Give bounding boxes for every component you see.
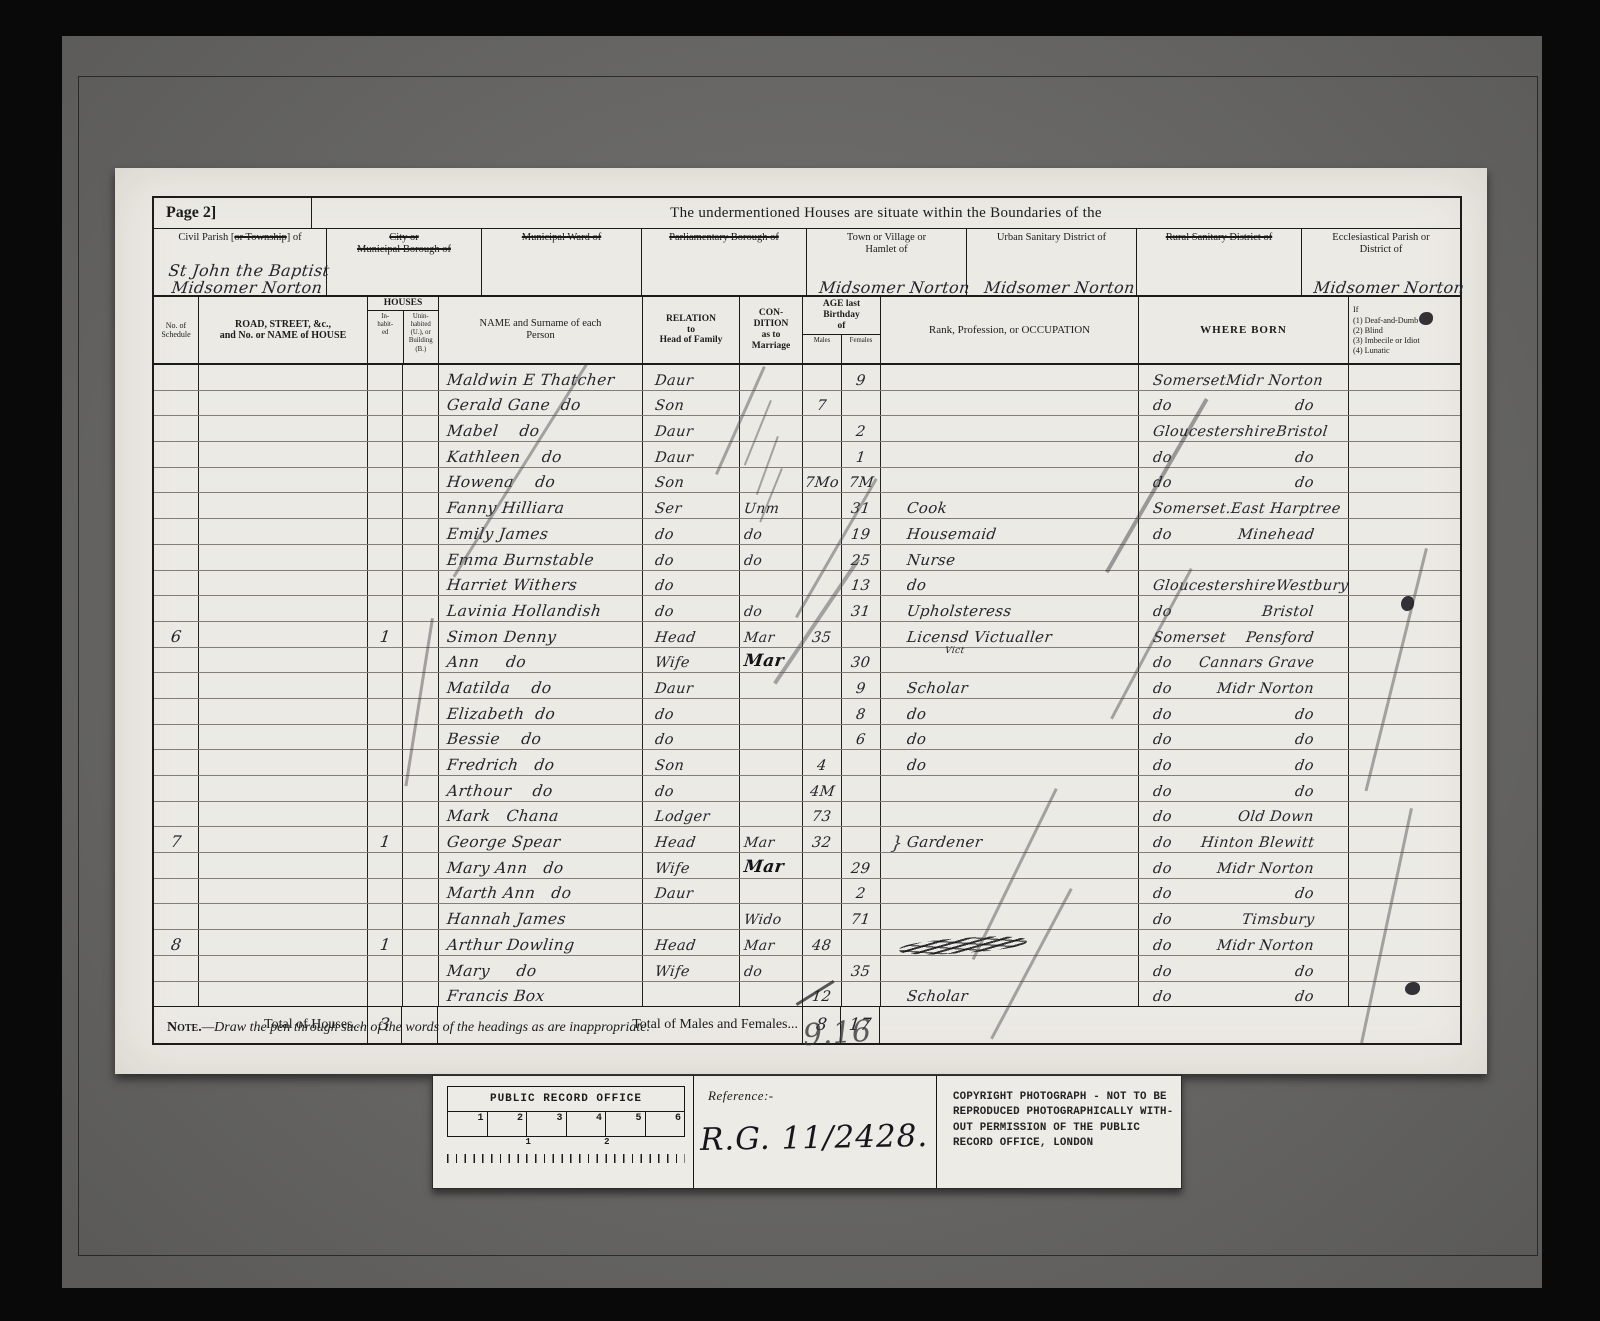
col-header-condition: CON- DITION as to Marriage (739, 297, 802, 363)
cell-schedule-number (154, 519, 198, 544)
cell-schedule-number (154, 725, 198, 750)
cell-age-male (802, 596, 841, 621)
district-header-cell: Ecclesiastical Parish or District ofMids… (1302, 229, 1460, 295)
cell-road-street (198, 648, 367, 673)
cell-disability (1348, 853, 1460, 878)
copyright-notice: COPYRIGHT PHOTOGRAPH - NOT TO BEREPRODUC… (937, 1076, 1181, 1188)
cell-age-female: 7M (841, 468, 880, 493)
district-handwritten-value: St John the Baptist Midsomer Norton (154, 263, 342, 297)
cell-age-female: 25 (841, 545, 880, 570)
cell-road-street (198, 365, 367, 390)
cell-houses-uninhabited (402, 391, 438, 416)
cell-road-street (198, 596, 367, 621)
cell-schedule-number (154, 468, 198, 493)
cell-occupation (880, 391, 1138, 416)
ruler-inch-cell: 4 (567, 1112, 607, 1136)
cell-disability (1348, 982, 1460, 1007)
census-row: Mark ChanaLodger73doOld Down (154, 802, 1460, 828)
cell-schedule-number (154, 853, 198, 878)
cell-houses-uninhabited (402, 468, 438, 493)
cell-houses-uninhabited (402, 956, 438, 981)
cell-age-male: 35 (802, 622, 841, 647)
cell-age-female (841, 827, 880, 852)
cell-disability (1348, 699, 1460, 724)
cell-disability (1348, 904, 1460, 929)
cell-houses-inhabited (367, 468, 402, 493)
cell-houses-inhabited (367, 699, 402, 724)
cell-age-female (841, 776, 880, 801)
reference-label: Reference:- (708, 1088, 774, 1104)
cell-condition (739, 365, 802, 390)
census-row: Francis Box12Scholardodo (154, 982, 1460, 1007)
ruler-cm-label: 2 (604, 1137, 609, 1147)
cell-age-female: 19 (841, 519, 880, 544)
cell-occupation: Licensd VictuallerVict (880, 622, 1138, 647)
cell-relation (642, 982, 739, 1007)
cell-relation: Head (642, 930, 739, 955)
cell-age-female (841, 930, 880, 955)
cell-road-street (198, 904, 367, 929)
cell-age-male (802, 493, 841, 518)
ruler-cm-ticks: 1 2 (447, 1137, 685, 1163)
cell-road-street (198, 956, 367, 981)
cell-where-born: dodo (1138, 956, 1348, 981)
cell-disability (1348, 468, 1460, 493)
cell-age-male: 4M (802, 776, 841, 801)
cell-condition: Wido (739, 904, 802, 929)
col-header-females: Females (841, 335, 880, 363)
census-row: Emma Burnstabledodo25Nurse (154, 545, 1460, 571)
district-handwritten-value: Midsomer Norton (968, 280, 1151, 297)
cell-schedule-number (154, 416, 198, 441)
page-number-label: Page 2] (154, 198, 312, 228)
cell-occupation (880, 930, 1138, 955)
cell-disability (1348, 802, 1460, 827)
cell-age-female (841, 982, 880, 1007)
cell-age-female: 9 (841, 365, 880, 390)
cell-person-name: Arthur Dowling (438, 930, 642, 955)
cell-disability (1348, 673, 1460, 698)
cell-condition (739, 879, 802, 904)
col-header-inhabited: In- habit- ed (368, 311, 403, 363)
col-header-houses: HOUSES In- habit- ed Unin- habited (U.),… (367, 297, 438, 363)
district-label: Rural Sanitary District of (1137, 232, 1301, 244)
cell-houses-inhabited (367, 956, 402, 981)
census-row: Lavinia Hollandishdodo31UpholsteressdoBr… (154, 596, 1460, 622)
census-row: Kathleen doDaur1dodo (154, 442, 1460, 468)
cell-age-male (802, 853, 841, 878)
cell-age-male: 48 (802, 930, 841, 955)
cell-where-born: dodo (1138, 750, 1348, 775)
cell-houses-uninhabited (402, 545, 438, 570)
pro-office-title: PUBLIC RECORD OFFICE (447, 1086, 685, 1112)
cell-person-name: Francis Box (438, 982, 642, 1007)
cell-relation: Son (642, 750, 739, 775)
cell-condition (739, 750, 802, 775)
cell-occupation (880, 879, 1138, 904)
cell-age-female (841, 391, 880, 416)
cell-age-female: 13 (841, 571, 880, 596)
ink-blot (1405, 982, 1420, 995)
cell-age-male (802, 879, 841, 904)
col-header-name: NAME and Surname of each Person (438, 297, 642, 363)
district-label: Ecclesiastical Parish or District of (1302, 232, 1460, 256)
cell-where-born: GloucestershireWestbury (1138, 571, 1348, 596)
cell-where-born: doOld Down (1138, 802, 1348, 827)
cell-where-born: dodo (1138, 442, 1348, 467)
cell-houses-uninhabited (402, 982, 438, 1007)
cell-age-male: 7Mo (802, 468, 841, 493)
cell-houses-uninhabited (402, 699, 438, 724)
cell-houses-uninhabited (402, 853, 438, 878)
cell-disability (1348, 776, 1460, 801)
cell-houses-uninhabited (402, 648, 438, 673)
cell-occupation (880, 416, 1138, 441)
cell-houses-inhabited (367, 750, 402, 775)
cell-relation: Son (642, 468, 739, 493)
cell-person-name: Mark Chana (438, 802, 642, 827)
cell-age-female: 8 (841, 699, 880, 724)
cell-schedule-number (154, 699, 198, 724)
cell-occupation: do (880, 571, 1138, 596)
cell-houses-inhabited: 1 (367, 930, 402, 955)
district-label: Municipal Ward of (482, 232, 641, 244)
cell-road-street (198, 673, 367, 698)
cell-age-female: 6 (841, 725, 880, 750)
cell-person-name: Matilda do (438, 673, 642, 698)
census-row: Mary doWifedo35dodo (154, 956, 1460, 982)
cell-condition (739, 442, 802, 467)
cell-condition: Mar (739, 853, 802, 878)
cell-disability (1348, 416, 1460, 441)
cell-houses-inhabited (367, 982, 402, 1007)
cell-where-born: dodo (1138, 725, 1348, 750)
district-handwritten-value: Midsomer Norton (1303, 280, 1475, 297)
col-header-age-title: AGE last Birthday of (823, 297, 860, 334)
cell-disability (1348, 725, 1460, 750)
cell-age-male: 4 (802, 750, 841, 775)
col-header-relation: RELATION to Head of Family (642, 297, 739, 363)
cell-houses-inhabited (367, 853, 402, 878)
cell-where-born: dodo (1138, 879, 1348, 904)
footnote: Note.—Draw the pen through such of the w… (167, 1020, 650, 1036)
district-label: Civil Parish [or Township] of (154, 232, 326, 244)
cell-age-female: 2 (841, 879, 880, 904)
cell-where-born: doBristol (1138, 596, 1348, 621)
cell-houses-inhabited (367, 596, 402, 621)
crossed-out-occupation (899, 933, 1028, 957)
district-header-cell: Civil Parish [or Township] ofSt John the… (154, 229, 327, 295)
col-header-houses-title: HOUSES (368, 297, 438, 311)
col-header-occupation: Rank, Profession, or OCCUPATION (880, 297, 1138, 363)
cell-schedule-number (154, 545, 198, 570)
cell-schedule-number (154, 571, 198, 596)
cell-age-female: 29 (841, 853, 880, 878)
cell-person-name: Kathleen do (438, 442, 642, 467)
cell-road-street (198, 802, 367, 827)
cell-disability (1348, 930, 1460, 955)
cell-person-name: Bessie do (438, 725, 642, 750)
cell-age-male (802, 519, 841, 544)
cell-disability (1348, 648, 1460, 673)
cell-person-name: Mary Ann do (438, 853, 642, 878)
cell-relation: Ser (642, 493, 739, 518)
cell-schedule-number (154, 879, 198, 904)
census-row: Emily Jamesdodo19HousemaiddoMinehead (154, 519, 1460, 545)
cell-person-name: Fanny Hilliara (438, 493, 642, 518)
cell-where-born: SomersetMidr Norton (1138, 365, 1348, 390)
cell-houses-uninhabited (402, 596, 438, 621)
census-row: 81Arthur DowlingHeadMar48doMidr Norton (154, 930, 1460, 956)
cell-condition (739, 468, 802, 493)
cell-disability (1348, 391, 1460, 416)
cell-schedule-number: 6 (154, 622, 198, 647)
cell-schedule-number (154, 776, 198, 801)
cell-houses-inhabited (367, 519, 402, 544)
cell-occupation (880, 956, 1138, 981)
col-header-uninhabited: Unin- habited (U.), or Building (B.) (403, 311, 439, 363)
cell-road-street (198, 468, 367, 493)
cell-road-street (198, 391, 367, 416)
cell-schedule-number (154, 802, 198, 827)
cell-condition: Mar (739, 930, 802, 955)
cell-person-name: Arthour do (438, 776, 642, 801)
public-record-office-stamp: PUBLIC RECORD OFFICE 123456 1 2 Referenc… (432, 1075, 1182, 1189)
cell-road-street (198, 622, 367, 647)
cell-occupation: Scholar (880, 982, 1138, 1007)
cell-disability (1348, 545, 1460, 570)
cell-houses-uninhabited (402, 750, 438, 775)
cell-person-name: Mabel do (438, 416, 642, 441)
pro-ruler-box: PUBLIC RECORD OFFICE 123456 1 2 (433, 1076, 694, 1188)
cell-age-male (802, 545, 841, 570)
cell-disability (1348, 519, 1460, 544)
cell-condition: Mar (739, 827, 802, 852)
cell-relation: do (642, 596, 739, 621)
reference-value: R.G. 11/2428. (700, 1118, 929, 1158)
census-row: Ann doWifeMar30doCannars Grave (154, 648, 1460, 674)
cell-relation: do (642, 571, 739, 596)
cell-age-male (802, 673, 841, 698)
totals-blank-occ (880, 1007, 1138, 1043)
cell-houses-uninhabited (402, 416, 438, 441)
cell-age-male (802, 904, 841, 929)
district-header-cell: Urban Sanitary District ofMidsomer Norto… (967, 229, 1137, 295)
cell-houses-uninhabited (402, 442, 438, 467)
cell-relation: do (642, 776, 739, 801)
district-label: Parliamentary Borough of (642, 232, 806, 244)
cell-condition (739, 982, 802, 1007)
cell-age-male: 73 (802, 802, 841, 827)
cell-where-born: GloucestershireBristol (1138, 416, 1348, 441)
cell-age-male (802, 442, 841, 467)
cell-houses-inhabited (367, 391, 402, 416)
cell-person-name: George Spear (438, 827, 642, 852)
cell-condition: do (739, 956, 802, 981)
cell-where-born: dodo (1138, 468, 1348, 493)
cell-disability (1348, 750, 1460, 775)
form-title: The undermentioned Houses are situate wi… (312, 198, 1460, 228)
cell-relation: do (642, 725, 739, 750)
census-row: Fredrich doSon4dododo (154, 750, 1460, 776)
cell-age-female: 2 (841, 416, 880, 441)
cell-road-street (198, 545, 367, 570)
cell-condition: Unm (739, 493, 802, 518)
cell-relation: Head (642, 622, 739, 647)
census-row: 71George SpearHeadMar32Gardener}doHinton… (154, 827, 1460, 853)
cell-houses-uninhabited (402, 725, 438, 750)
cell-person-name: Marth Ann do (438, 879, 642, 904)
cell-houses-uninhabited (402, 493, 438, 518)
cell-houses-uninhabited (402, 519, 438, 544)
cell-disability (1348, 493, 1460, 518)
cell-road-street (198, 750, 367, 775)
cell-schedule-number: 7 (154, 827, 198, 852)
cell-age-male (802, 365, 841, 390)
cell-road-street (198, 879, 367, 904)
cell-schedule-number (154, 982, 198, 1007)
cell-condition: do (739, 545, 802, 570)
cell-houses-inhabited (367, 904, 402, 929)
cell-houses-uninhabited (402, 571, 438, 596)
cell-person-name: Harriet Withers (438, 571, 642, 596)
cell-occupation: Gardener} (880, 827, 1138, 852)
cell-disability (1348, 571, 1460, 596)
cell-relation: Wife (642, 956, 739, 981)
cell-road-street (198, 571, 367, 596)
cell-person-name: Elizabeth do (438, 699, 642, 724)
cell-occupation (880, 853, 1138, 878)
cell-age-female: 31 (841, 596, 880, 621)
census-row: Matilda doDaur9ScholardoMidr Norton (154, 673, 1460, 699)
cell-road-street (198, 982, 367, 1007)
col-header-schedule: No. of Schedule (154, 297, 198, 363)
cell-occupation: Housemaid (880, 519, 1138, 544)
cell-age-female: 35 (841, 956, 880, 981)
cell-road-street (198, 699, 367, 724)
ruler-inch-cell: 1 (448, 1112, 488, 1136)
cell-person-name: Emma Burnstable (438, 545, 642, 570)
cell-occupation: Scholar (880, 673, 1138, 698)
census-row: Marth Ann doDaur2dodo (154, 879, 1460, 905)
cell-age-female: 71 (841, 904, 880, 929)
census-row: Mary Ann doWifeMar29doMidr Norton (154, 853, 1460, 879)
cell-houses-uninhabited (402, 776, 438, 801)
copyright-line: REPRODUCED PHOTOGRAPHICALLY WITH- (953, 1105, 1175, 1120)
cell-where-born: doCannars Grave (1138, 648, 1348, 673)
cell-person-name: Fredrich do (438, 750, 642, 775)
cell-relation: Daur (642, 879, 739, 904)
district-header-cell: City or Municipal Borough of (327, 229, 482, 295)
ruler-inch-cell: 2 (488, 1112, 528, 1136)
cell-age-female (841, 622, 880, 647)
cell-where-born: doTimsbury (1138, 904, 1348, 929)
cell-age-male (802, 699, 841, 724)
cell-condition: do (739, 596, 802, 621)
column-header-band: No. of Schedule ROAD, STREET, &c., and N… (154, 297, 1460, 365)
cell-person-name: Hannah James (438, 904, 642, 929)
cell-houses-uninhabited (402, 930, 438, 955)
cell-disability (1348, 827, 1460, 852)
cell-disability (1348, 442, 1460, 467)
district-header-band: Civil Parish [or Township] ofSt John the… (154, 229, 1460, 297)
col-header-where-born: WHERE BORN (1138, 297, 1348, 363)
cell-relation: do (642, 519, 739, 544)
cell-road-street (198, 930, 367, 955)
cell-houses-uninhabited (402, 365, 438, 390)
cell-schedule-number: 8 (154, 930, 198, 955)
cell-condition (739, 776, 802, 801)
district-handwritten-value: Midsomer Norton (808, 280, 981, 297)
cell-age-male: 7 (802, 391, 841, 416)
cell-schedule-number (154, 673, 198, 698)
census-table: Page 2] The undermentioned Houses are si… (152, 196, 1462, 1045)
cell-age-male (802, 956, 841, 981)
cell-where-born: dodo (1138, 391, 1348, 416)
cell-houses-uninhabited (402, 622, 438, 647)
cell-condition (739, 725, 802, 750)
cell-houses-uninhabited (402, 827, 438, 852)
cell-occupation (880, 442, 1138, 467)
copyright-line: COPYRIGHT PHOTOGRAPH - NOT TO BE (953, 1090, 1175, 1105)
cell-road-street (198, 827, 367, 852)
cell-relation: Daur (642, 365, 739, 390)
table-title-band: Page 2] The undermentioned Houses are si… (154, 198, 1460, 229)
cell-schedule-number (154, 365, 198, 390)
cell-person-name: Mary do (438, 956, 642, 981)
cell-age-male (802, 571, 841, 596)
cell-condition (739, 571, 802, 596)
cell-relation: do (642, 545, 739, 570)
cell-relation: Wife (642, 853, 739, 878)
cell-condition: Mar (739, 622, 802, 647)
cell-age-male: 12 (802, 982, 841, 1007)
district-header-cell: Town or Village or Hamlet ofMidsomer Nor… (807, 229, 967, 295)
cell-where-born: doHinton Blewitt (1138, 827, 1348, 852)
cell-houses-inhabited (367, 416, 402, 441)
cell-where-born (1138, 545, 1348, 570)
cell-occupation: do (880, 725, 1138, 750)
cell-where-born: dodo (1138, 776, 1348, 801)
cell-houses-inhabited: 1 (367, 827, 402, 852)
district-header-cell: Parliamentary Borough of (642, 229, 807, 295)
cell-schedule-number (154, 391, 198, 416)
cell-schedule-number (154, 956, 198, 981)
cell-disability (1348, 879, 1460, 904)
cell-houses-inhabited: 1 (367, 622, 402, 647)
census-row: Gerald Gane doSon7dodo (154, 391, 1460, 417)
cell-disability (1348, 622, 1460, 647)
cell-where-born: Somerset.East Harptree (1138, 493, 1348, 518)
cell-age-female: 9 (841, 673, 880, 698)
cell-occupation: Upholsteress (880, 596, 1138, 621)
cell-age-female: 31 (841, 493, 880, 518)
cell-houses-inhabited (367, 365, 402, 390)
cell-where-born: doMinehead (1138, 519, 1348, 544)
cell-occupation: Cook (880, 493, 1138, 518)
ruler-cm-label: 1 (526, 1137, 531, 1147)
cell-age-male (802, 648, 841, 673)
cell-occupation: do (880, 750, 1138, 775)
cell-occupation: Nurse (880, 545, 1138, 570)
copyright-line: RECORD OFFICE, LONDON (953, 1136, 1175, 1151)
district-header-cell: Rural Sanitary District of (1137, 229, 1302, 295)
cell-age-male: 32 (802, 827, 841, 852)
col-header-males: Males (803, 335, 841, 363)
cell-relation: Daur (642, 416, 739, 441)
ruler-inch-row: 123456 (447, 1112, 685, 1137)
cell-age-female: 1 (841, 442, 880, 467)
